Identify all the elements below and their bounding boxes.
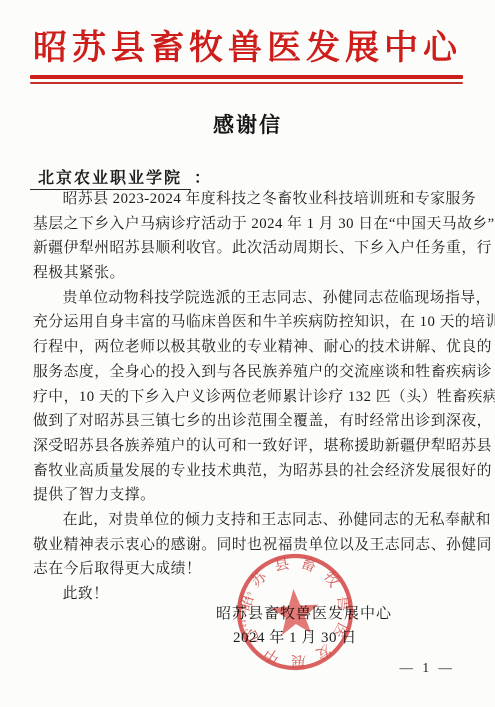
divider-thick-line [30, 75, 463, 79]
body-line: 服务态度，全身心的投入到与各民族养殖户的交流座谈和牲畜疾病诊 [33, 360, 466, 385]
body-line: 深受昭苏县各族养殖户的认可和一致好评，堪称援助新疆伊犁昭苏县 [33, 434, 466, 459]
letterhead-divider [30, 75, 463, 84]
letter-body: 昭苏县 2023-2024 年度科技之冬畜牧业科技培训班和专家服务 基层之下乡入… [33, 187, 466, 607]
letterhead-org-name: 昭苏县畜牧兽医发展中心 [0, 20, 495, 69]
body-line: 提供了智力支撑。 [33, 483, 466, 508]
body-line: 贵单位动物科技学院选派的王志同志、孙健同志莅临现场指导， [33, 286, 466, 311]
seal-star-icon [270, 587, 321, 635]
body-line: 疗中，10 天的下乡入户义诊两位老师累计诊疗 132 匹（头）牲畜疾病， [33, 385, 466, 410]
divider-thin-line [30, 82, 463, 84]
letter-page: 昭苏县畜牧兽医发展中心 感谢信 北京农业职业学院： 昭苏县 2023-2024 … [0, 0, 495, 707]
body-line: 做到了对昭苏县三镇七乡的出诊范围全覆盖，有时经常出诊到深夜， [33, 409, 466, 434]
body-line: 新疆伊犁州昭苏县顺利收官。此次活动周期长、下乡入户任务重，行 [33, 236, 466, 261]
body-line: 畜牧业高质量发展的专业技术典范，为昭苏县的社会经济发展很好的 [33, 459, 466, 484]
body-line: 在此，对贵单位的倾力支持和王志同志、孙健同志的无私奉献和 [33, 508, 466, 533]
salutation: 北京农业职业学院： [30, 165, 210, 188]
salutation-colon: ： [194, 170, 210, 187]
body-line: 充分运用自身丰富的马临床兽医和牛羊疾病防控知识，在 10 天的培训 [33, 310, 466, 335]
body-line: 程极其紧张。 [33, 261, 466, 286]
page-number: — 1 — [400, 660, 456, 676]
body-line: 基层之下乡入户马病诊疗活动于 2024 年 1 月 30 日在“中国天马故乡” [33, 212, 466, 237]
letter-title: 感谢信 [0, 109, 495, 139]
body-line: 行程中，两位老师以极其敬业的专业精神、耐心的技术讲解、优良的 [33, 335, 466, 360]
body-line: 昭苏县 2023-2024 年度科技之冬畜牧业科技培训班和专家服务 [33, 187, 466, 212]
official-seal: 昭苏县畜牧兽医发展中心 6540280789 [229, 546, 361, 678]
